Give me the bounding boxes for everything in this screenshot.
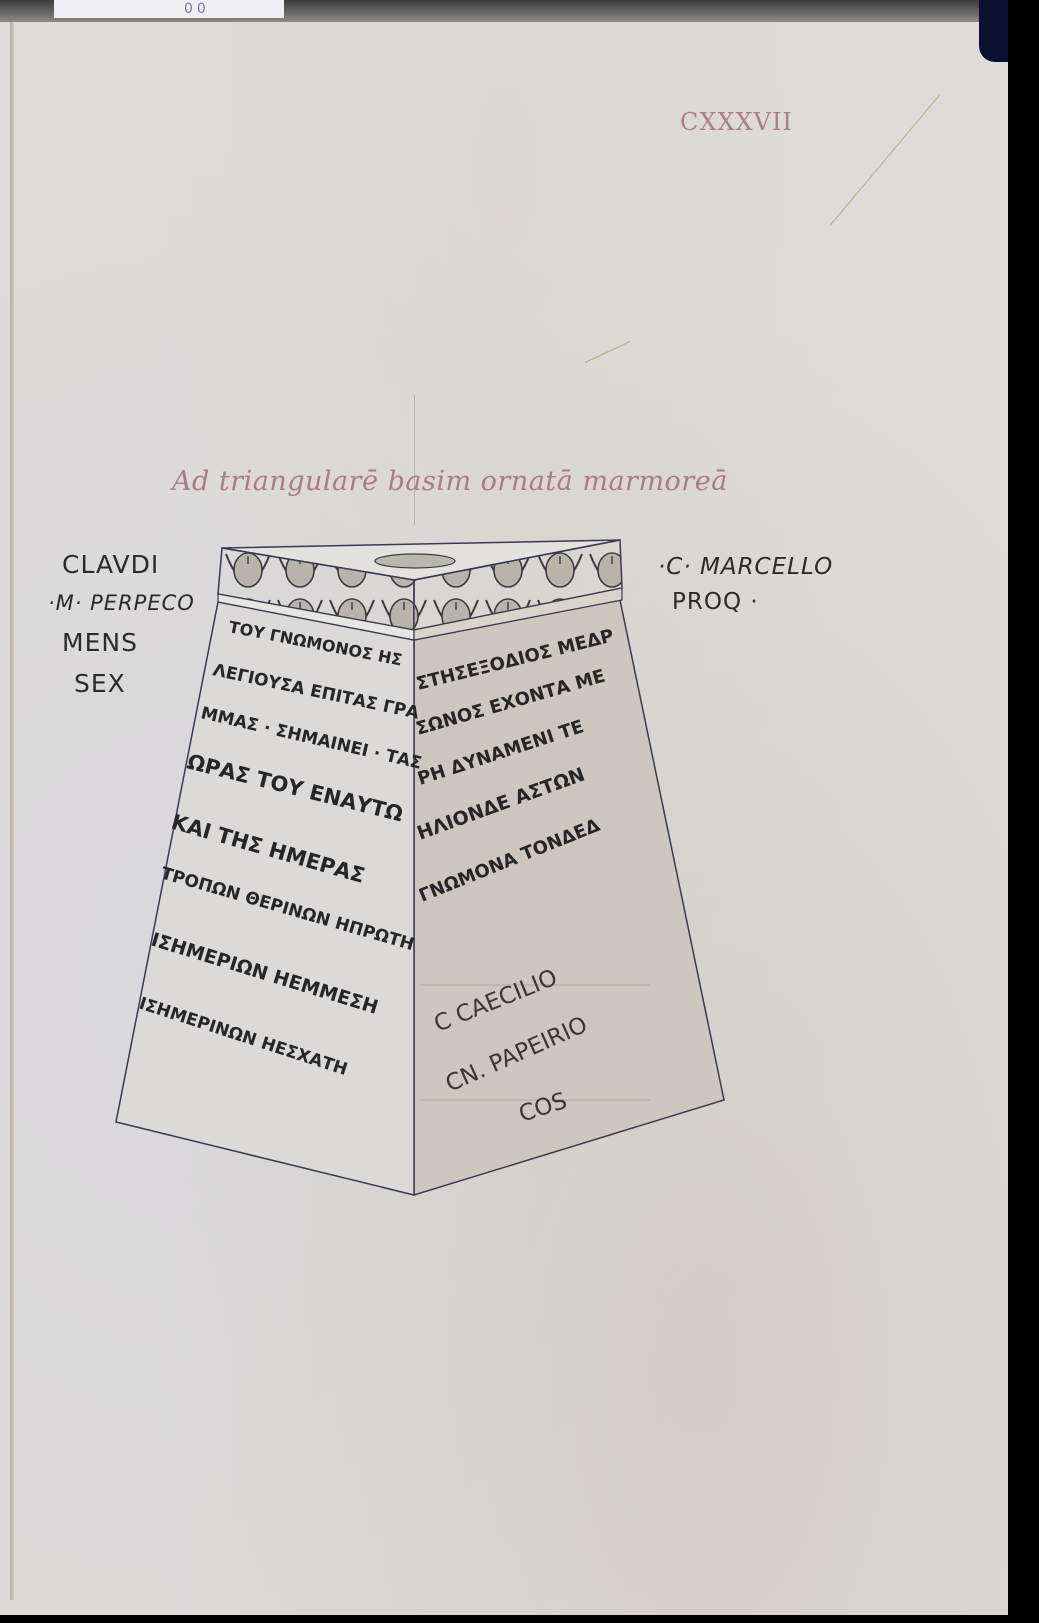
frame-edge-bottom (0, 1615, 1039, 1623)
frame-edge-right (1008, 0, 1039, 1623)
gnomon-socket (375, 554, 455, 568)
triangular-base-drawing: ΤΟΥ ΓΝΩΜΟΝΟΣ ΗΣ ΛΕΓΙΟΥΣΑ ΕΠΙΤΑΣ ΓΡΑ ΜΜΑΣ… (0, 0, 1039, 1623)
